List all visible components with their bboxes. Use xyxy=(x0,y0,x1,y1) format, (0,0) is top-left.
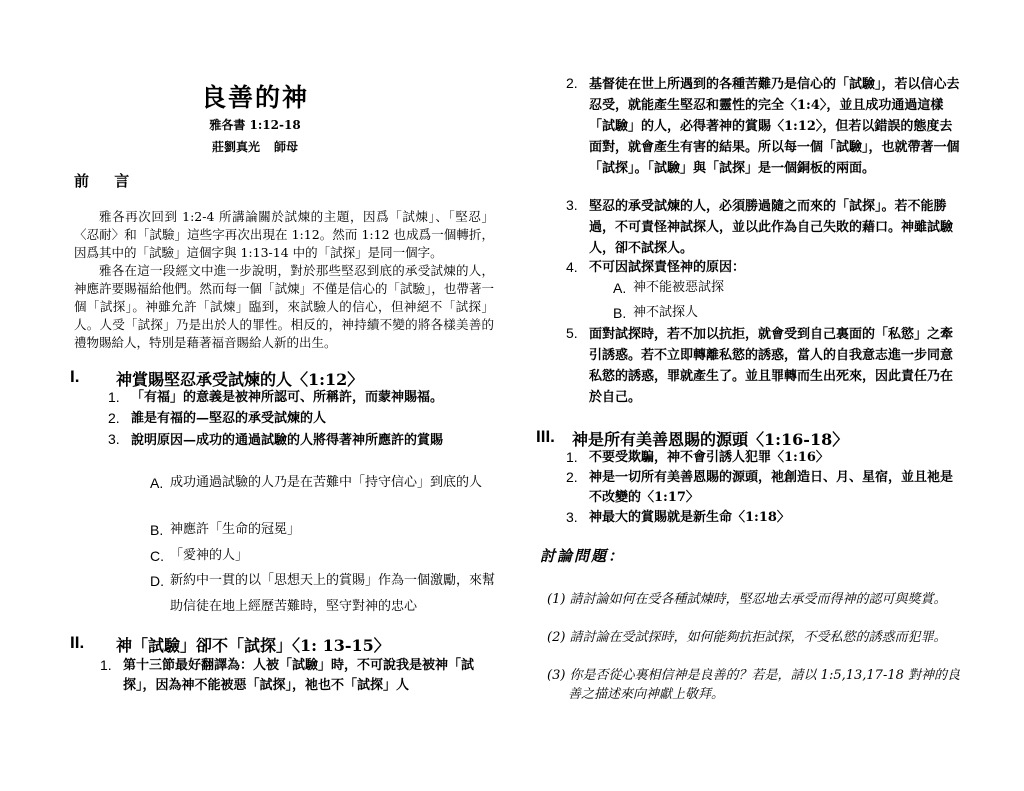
author-line: 莊劉真光師母 xyxy=(175,138,335,155)
sub-item-text: 神不能被惡試探 xyxy=(633,275,913,301)
item-text: 神是一切所有美善恩賜的源頭，祂創造日、月、星宿，並且祂是不改變的〈1:17〉 xyxy=(589,468,961,508)
item-number: 2. xyxy=(566,468,578,487)
item-text: 堅忍的承受試煉的人，必須勝過隨之而來的「試探」。若不能勝過，不可責怪神試探人，並… xyxy=(589,196,961,259)
item-text: 神最大的賞賜就是新生命〈1:18〉 xyxy=(589,508,961,527)
author-title: 師母 xyxy=(274,140,298,154)
item-text: 不要受欺騙，神不會引誘人犯罪〈1:16〉 xyxy=(589,448,961,467)
scripture-reference: 雅各書 1:12-18 xyxy=(175,116,335,133)
preface-heading: 前 言 xyxy=(74,170,139,191)
sub-item-letter: A. xyxy=(150,470,163,496)
sub-item-text: 成功通過試驗的人乃是在苦難中「持守信心」到底的人 xyxy=(170,470,495,496)
preface-paragraph-2: 雅各在這一段經文中進一步說明，對於那些堅忍到底的承受試煉的人，神應許要賜福給他們… xyxy=(74,262,494,352)
sub-item-text: 新約中一貫的以「思想天上的賞賜」作為一個激勵，來幫助信徒在地上經歷苦難時，堅守對… xyxy=(170,568,495,620)
section-2-heading: II. 神「試驗」卻不「試探」〈1: 13-15〉 xyxy=(70,633,500,655)
item-text: 誰是有福的—堅忍的承受試煉的人 xyxy=(131,409,500,428)
sub-item-letter: B. xyxy=(613,300,626,326)
item-number: 2. xyxy=(566,74,578,93)
author-name: 莊劉真光 xyxy=(212,140,260,154)
preface-paragraph-1: 雅各再次回到 1:2-4 所講論關於試煉的主題，因爲「試煉」、「堅忍」〈忍耐〉和… xyxy=(74,208,494,262)
item-text: 面對試探時，若不加以抗拒，就會受到自己裏面的「私慾」之牽引誘惑。若不立即轉離私慾… xyxy=(589,324,961,408)
discussion-question-2: (2) 請討論在受試探時，如何能夠抗拒試探，不受私慾的誘惑而犯罪。 xyxy=(547,628,967,647)
item-number: 4. xyxy=(566,258,578,277)
discussion-question-3: (3) 你是否從心裏相信神是良善的？若是，請以 1:5,13,17-18 對神的… xyxy=(547,666,967,704)
sub-item-letter: D. xyxy=(150,568,164,594)
sub-item-text: 「愛神的人」 xyxy=(170,543,495,569)
sub-item-letter: B. xyxy=(150,517,163,543)
discussion-heading: 討論問題： xyxy=(540,545,625,566)
item-text: 「有福」的意義是被神所認可、所稱許，而蒙神賜福。 xyxy=(131,388,500,407)
item-number: 3. xyxy=(566,508,578,527)
item-number: 1. xyxy=(108,388,120,407)
item-text: 第十三節最好翻譯為：人被「試驗」時，不可說我是被神「試探」，因為神不能被惡「試探… xyxy=(123,656,491,696)
item-text: 基督徒在世上所遇到的各種苦難乃是信心的「試驗」，若以信心去忍受，就能產生堅忍和靈… xyxy=(589,74,961,179)
section-title: 神是所有美善恩賜的源頭〈1:16-18〉 xyxy=(572,427,848,450)
section-1-heading: I. 神賞賜堅忍承受試煉的人〈1:12〉 xyxy=(70,367,500,389)
section-3-heading: III. 神是所有美善恩賜的源頭〈1:16-18〉 xyxy=(536,427,966,449)
section-title: 神「試驗」卻不「試探」〈1: 13-15〉 xyxy=(116,633,390,656)
sub-item-text: 神不試探人 xyxy=(633,300,913,326)
section-numeral: I. xyxy=(70,367,79,387)
discussion-question-1: (1) 請討論如何在受各種試煉時，堅忍地去承受而得神的認可與獎賞。 xyxy=(547,590,967,609)
section-numeral: III. xyxy=(536,427,555,447)
section-numeral: II. xyxy=(70,633,84,653)
section-title: 神賞賜堅忍承受試煉的人〈1:12〉 xyxy=(116,367,363,390)
item-number: 1. xyxy=(566,448,578,467)
item-number: 5. xyxy=(566,324,578,343)
sub-item-text: 神應許「生命的冠冕」 xyxy=(170,517,495,543)
item-text: 說明原因—成功的通過試驗的人將得著神所應許的賞賜 xyxy=(131,430,486,452)
item-number: 3. xyxy=(566,196,578,215)
sub-item-letter: C. xyxy=(150,543,164,569)
item-number: 2. xyxy=(108,409,120,428)
sub-item-letter: A. xyxy=(613,275,626,301)
item-number: 3. xyxy=(108,430,120,449)
document-title: 良善的神 xyxy=(175,78,335,114)
item-number: 1. xyxy=(100,656,112,675)
